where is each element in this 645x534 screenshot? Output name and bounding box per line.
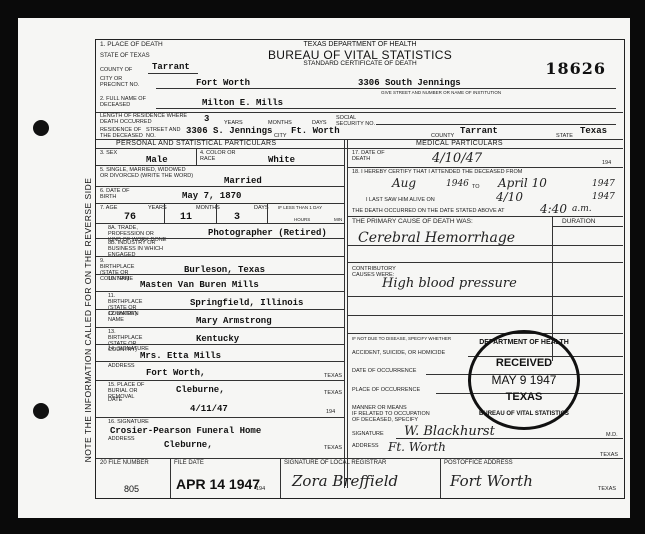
accident-label: ACCIDENT, SUICIDE, OR HOMICIDE [352, 350, 445, 356]
personal-section-title: PERSONAL AND STATISTICAL PARTICULARS [116, 140, 276, 147]
medical-section-title: MEDICAL PARTICULARS [416, 140, 503, 147]
stamp-date: MAY 9 1947 [471, 373, 577, 387]
attended-from: Aug [392, 176, 416, 190]
texas-label: TEXAS [324, 445, 342, 451]
mother-maiden-name: Mary Armstrong [196, 316, 272, 326]
date-of-death-label: 17. DATE OF DEATH [352, 150, 392, 162]
occupation-related-label: IF RELATED TO OCCUPATION OF DECEASED, SP… [352, 411, 432, 423]
primary-cause-label: THE PRIMARY CAUSE OF DEATH WAS: [352, 219, 473, 225]
age-days: 3 [234, 212, 240, 223]
residence-street-label: STREET AND NO. [146, 127, 182, 139]
death-ampm: a.m. [572, 204, 592, 214]
file-date-label: FILE DATE [174, 460, 204, 466]
father-name: Masten Van Buren Mills [140, 280, 259, 290]
last-saw-date: 4/10 [496, 190, 523, 204]
ssn-label: SOCIAL SECURITY NO. [336, 115, 376, 127]
side-note-text: NOTE THE INFORMATION CALLED FOR ON THE R… [83, 145, 93, 495]
death-city: Fort Worth [196, 78, 250, 88]
certificate-number: 18626 [545, 59, 606, 78]
residence-length-label: LENGTH OF RESIDENCE WHERE DEATH OCCURRED [100, 113, 195, 125]
street-caption: GIVE STREET AND NUMBER OR NAME OF INSTIT… [381, 90, 501, 96]
postoffice-label: POSTOFFICE ADDRESS [444, 460, 513, 466]
age-label: 7. AGE [100, 205, 117, 211]
last-saw-year: 1947 [592, 192, 615, 202]
attended-to: April 10 [498, 176, 547, 190]
undertaker-name: Crosier-Pearson Funeral Home [110, 426, 261, 436]
informant-address: Fort Worth, [146, 368, 205, 378]
death-certificate-form: TEXAS DEPARTMENT OF HEALTH BUREAU OF VIT… [95, 39, 625, 499]
physician-address-label: ADDRESS [352, 443, 379, 449]
stamp-top-text: DEPARTMENT OF HEALTH [471, 339, 577, 346]
undertaker-address-label: ADDRESS [108, 436, 135, 442]
punch-hole [33, 403, 49, 419]
occurrence-date-label: DATE OF OCCURRENCE [352, 368, 416, 374]
full-name-label: 2. FULL NAME OF DECEASED [100, 96, 150, 108]
texas-label: TEXAS [324, 373, 342, 379]
attended-from-year: 1946 [446, 179, 469, 189]
punch-hole [33, 120, 49, 136]
certify-label: 18. I HEREBY CERTIFY THAT I ATTENDED THE… [352, 169, 522, 175]
to-label: TO [472, 184, 480, 190]
race: White [268, 155, 295, 165]
state-label: STATE OF TEXAS [100, 53, 150, 59]
informant-name: Mrs. Etta Mills [140, 351, 221, 361]
mother-name-label: 12. MAIDEN NAME [108, 311, 148, 323]
mother-birthplace: Kentucky [196, 334, 239, 344]
death-time: 4:40 [540, 202, 567, 216]
place-of-death-label: 1. PLACE OF DEATH [100, 42, 163, 48]
age-months: 11 [180, 212, 192, 223]
full-name: Milton E. Mills [202, 98, 283, 108]
last-saw-label: I LAST SAW HIM ALIVE ON [366, 197, 435, 203]
burial-date: 4/11/47 [190, 404, 228, 414]
burial-date-label: DATE [108, 397, 122, 403]
undertaker-signature-label: 16. SIGNATURE [108, 419, 149, 425]
dept-title: TEXAS DEPARTMENT OF HEALTH [96, 41, 624, 48]
date-of-death: 4/10/47 [432, 151, 482, 166]
residence-county: Tarrant [460, 126, 498, 136]
stamp-bottom-text: BUREAU OF VITAL STATISTICS [471, 411, 577, 417]
stamp-received: RECEIVED [471, 357, 577, 369]
file-number-label: 20 FILE NUMBER [100, 460, 149, 466]
age-years: 76 [124, 212, 136, 223]
stamp-state: TEXAS [471, 391, 577, 403]
informant-address-label: ADDRESS [108, 363, 135, 369]
sex-label: 3. SEX [100, 150, 117, 156]
father-name-label: 10. NAME [108, 276, 133, 282]
not-disease-label: IF NOT DUE TO DISEASE, SPECIFY WHETHER [352, 336, 451, 342]
registrar-signature: Zora Breffield [292, 472, 398, 490]
residence-years: 3 [204, 114, 209, 124]
marital-label: 5. SINGLE, MARRIED, WIDOWED OR DIVORCED … [100, 167, 195, 179]
race-label: 4. COLOR OR RACE [200, 150, 240, 162]
duration-label: DURATION [562, 219, 595, 225]
residence-city: Ft. Worth [291, 126, 340, 136]
city-label: CITY OR PRECINCT NO. [100, 76, 150, 88]
death-county: Tarrant [152, 62, 190, 72]
county-label: COUNTY OF [100, 67, 132, 73]
file-date: APR 14 1947 [176, 476, 260, 492]
death-time-label: THE DEATH OCCURRED ON THE DATE STATED AB… [352, 208, 505, 214]
year-prefix-label: 194 [326, 409, 335, 415]
sex: Male [146, 155, 168, 165]
texas-label: TEXAS [324, 390, 342, 396]
side-note: NOTE THE INFORMATION CALLED FOR ON THE R… [78, 145, 94, 505]
primary-cause: Cerebral Hemorrhage [358, 230, 515, 246]
physician-address: Ft. Worth [388, 440, 446, 454]
occurrence-place-label: PLACE OF OCCURRENCE [352, 387, 420, 393]
death-street: 3306 South Jennings [358, 78, 461, 88]
attended-to-year: 1947 [592, 179, 615, 189]
date-of-birth: May 7, 1870 [182, 191, 241, 201]
year-prefix-label: 194 [256, 486, 265, 492]
residence-street: 3306 S. Jennings [186, 126, 272, 136]
marital-status: Married [224, 176, 262, 186]
postoffice-address: Fort Worth [450, 472, 533, 490]
physician-signature-label: SIGNATURE [352, 431, 384, 437]
burial-place: Cleburne, [176, 385, 225, 395]
file-number: 805 [124, 484, 139, 494]
less-than-day-label: IF LESS THAN 1 DAY [278, 205, 322, 211]
residence-state: Texas [580, 126, 607, 136]
undertaker-address: Cleburne, [164, 440, 213, 450]
residence-label: RESIDENCE OF THE DECEASED [100, 127, 144, 139]
dob-label: 6. DATE OF BIRTH [100, 188, 140, 200]
year-prefix-label: 194 [602, 160, 611, 166]
received-stamp: DEPARTMENT OF HEALTH RECEIVED MAY 9 1947… [468, 330, 580, 430]
texas-label: TEXAS [598, 486, 616, 492]
registrar-label: SIGNATURE OF LOCAL REGISTRAR [284, 460, 386, 466]
occupation: Photographer (Retired) [208, 228, 327, 238]
father-birthplace: Springfield, Illinois [190, 298, 303, 308]
contributory-cause: High blood pressure [382, 276, 517, 291]
physician-signature: W. Blackhurst [404, 424, 495, 439]
